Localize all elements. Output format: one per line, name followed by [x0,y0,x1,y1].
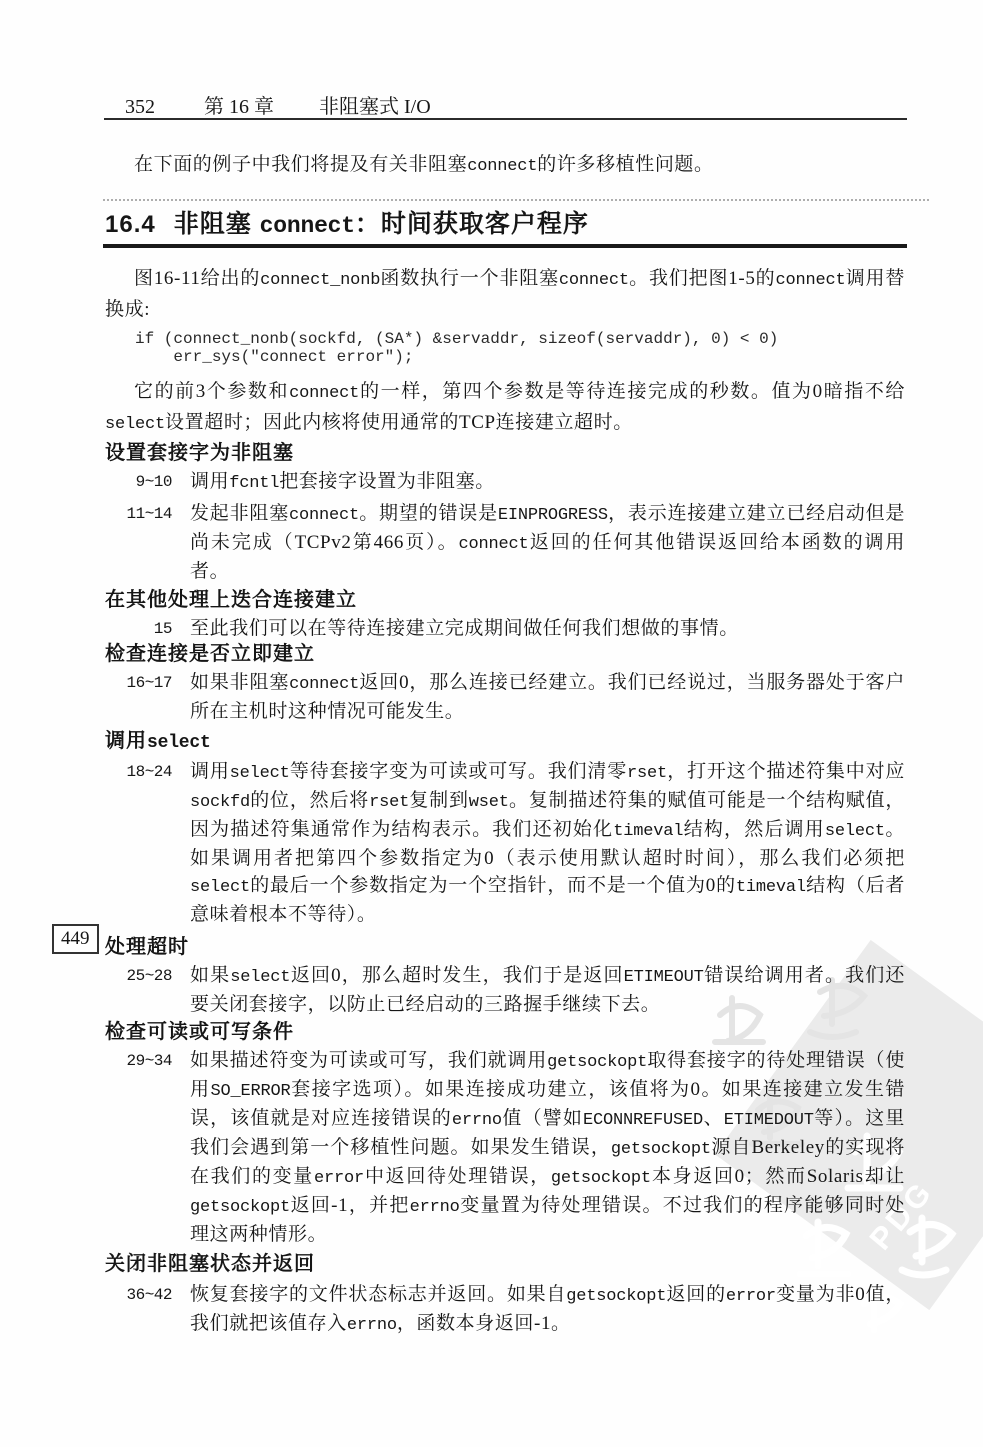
paragraph: 在下面的例子中我们将提及有关非阻塞connect的许多移植性问题。 [105,150,905,181]
text-run: 的位，然后将 [250,790,369,811]
inline-code: ECONNREFUSED [583,1111,703,1130]
text-run: 的一样，第四个参数是等待连接完成的秒数。值为0暗指不给 [359,381,905,402]
numbered-note: 29~34如果描述符变为可读或可写，我们就调用getsockopt取得套接字的待… [105,1047,905,1248]
text-run: 中返回待处理错误， [364,1166,551,1187]
text-run: 关闭非阻塞状态并返回 [105,1253,315,1275]
text-run: 在下面的例子中我们将提及有关非阻塞 [134,154,467,175]
inline-code: connect [559,271,629,290]
inline-code: wset [469,793,509,812]
text-run: 的最后一个参数指定为一个空指针，而不是一个值为0的 [250,875,736,896]
subheading: 设置套接字为非阻塞 [105,439,905,468]
note-text: 至此我们可以在等待连接建立完成期间做任何我们想做的事情。 [190,618,739,639]
subheading: 关闭非阻塞状态并返回 [105,1250,905,1279]
header-rule [104,118,907,120]
subheading: 检查连接是否立即建立 [105,640,905,669]
text-run: 调用 [105,730,147,752]
subheading: 检查可读或可写条件 [105,1018,905,1047]
line-range-label: 18~24 [117,759,172,786]
line-range-label: 9~10 [117,469,172,496]
note-text: 发起非阻塞connect。期望的错误是EINPROGRESS，表示连接建立建立已… [190,503,905,582]
text-run: 图16-11给出的 [134,268,260,289]
text-run: 返回的 [666,1284,726,1305]
text-run: 、 [703,1108,724,1129]
code-block: if (connect_nonb(sockfd, (SA*) &servaddr… [105,330,905,367]
text-run: 处理超时 [105,936,189,958]
inline-code: getsockopt [566,1287,666,1306]
text-run: 检查连接是否立即建立 [105,643,315,665]
inline-code: getsockopt [611,1140,711,1159]
text-run: 值（譬如 [502,1108,583,1129]
subheading: 在其他处理上迭合连接建立 [105,586,905,615]
paragraph: 它的前3个参数和connect的一样，第四个参数是等待连接完成的秒数。值为0暗指… [105,377,905,439]
note-text: 如果select返回0，那么超时发生，我们于是返回ETIMEOUT错误给调用者。… [190,965,905,1015]
inline-code: SO_ERROR [210,1082,290,1101]
inline-code: connect [775,271,845,290]
inline-code: rset [369,793,409,812]
inline-code: errno [410,1198,460,1217]
section-heading-row: 16.4非阻塞 connect：时间获取客户程序 [103,204,907,248]
text-run: 设置套接字为非阻塞 [105,442,294,464]
inline-code: connect [289,384,359,403]
inline-code: fcntl [229,474,279,493]
text-run: 恢复套接字的文件状态标志并返回。如果自 [190,1284,566,1305]
numbered-note: 25~28如果select返回0，那么超时发生，我们于是返回ETIMEOUT错误… [105,962,905,1018]
inline-code: rset [627,764,667,783]
inline-code: errno [452,1111,502,1130]
inline-code: select [230,764,290,783]
inline-code: sockfd [190,793,250,812]
inline-code: select [105,415,165,434]
inline-code: getsockopt [190,1198,290,1217]
subheading: 处理超时 [105,933,905,962]
note-text: 调用select等待套接字变为可读或可写。我们清零rset，打开这个描述符集中对… [190,761,905,925]
line-range-label: 25~28 [117,963,172,990]
text-run: 检查可读或可写条件 [105,1021,294,1043]
inline-code: select [147,733,211,753]
note-text: 恢复套接字的文件状态标志并返回。如果自getsockopt返回的error变量为… [190,1284,905,1334]
line-range-label: 29~34 [117,1048,172,1075]
line-range-label: 15 [117,616,172,643]
text-run: 如果描述符变为可读或可写，我们就调用 [190,1050,547,1071]
note-text: 调用fcntl把套接字设置为非阻塞。 [190,471,495,492]
inline-code: ETIMEDOUT [724,1111,814,1130]
text-run: 调用 [190,471,229,492]
text-run: 设置超时；因此内核将使用通常的TCP连接建立超时。 [165,412,633,433]
numbered-note: 18~24调用select等待套接字变为可读或可写。我们清零rset，打开这个描… [105,758,905,928]
inline-code: errno [347,1316,397,1335]
inline-code: connect [289,675,359,694]
text-run: 发起非阻塞 [190,503,289,524]
inline-code: connect_nonb [260,271,380,290]
subheading: 调用select [105,727,905,758]
text-run: 把套接字设置为非阻塞。 [279,471,495,492]
text-run: 等待套接字变为可读或可写。我们清零 [290,761,627,782]
inline-code: timeval [613,822,683,841]
text-run: 返回0，那么超时发生，我们于是返回 [290,965,623,986]
inline-code: select [190,878,250,897]
numbered-note: 15至此我们可以在等待连接建立完成期间做任何我们想做的事情。 [105,615,905,642]
text-run: ，打开这个描述符集中对应 [667,761,905,782]
line-range-label: 16~17 [117,670,172,697]
numbered-note: 11~14发起非阻塞connect。期望的错误是EINPROGRESS，表示连接… [105,500,905,585]
line-range-label: 36~42 [117,1282,172,1309]
note-text: 如果非阻塞connect返回0，那么连接已经建立。我们已经说过，当服务器处于客户… [190,672,905,722]
numbered-note: 16~17如果非阻塞connect返回0，那么连接已经建立。我们已经说过，当服务… [105,669,905,725]
inline-code: timeval [736,878,806,897]
text-run: 在其他处理上迭合连接建立 [105,589,357,611]
inline-code: connect [459,535,529,554]
text-run: 复制到 [409,790,469,811]
inline-code: EINPROGRESS [498,506,608,525]
page-number: 352 [125,96,155,119]
paragraph: 图16-11给出的connect_nonb函数执行一个非阻塞connect。我们… [105,264,905,324]
text-run: 的许多移植性问题。 [537,154,713,175]
text-run: 本身返回0；然而Solaris却让 [651,1166,905,1187]
text-column: 在下面的例子中我们将提及有关非阻塞connect的许多移植性问题。16.4非阻塞… [105,143,905,1339]
inline-code: select [230,968,290,987]
inline-code: error [314,1169,364,1188]
inline-code: error [726,1287,776,1306]
text-run: 返回-1，并把 [290,1195,410,1216]
note-text: 如果描述符变为可读或可写，我们就调用getsockopt取得套接字的待处理错误（… [190,1050,905,1245]
inline-code: getsockopt [551,1169,651,1188]
text-run: 调用 [190,761,230,782]
section-heading: 16.4非阻塞 connect：时间获取客户程序 [103,199,929,248]
margin-page-ref: 449 [52,924,99,954]
text-run: 非阻塞 [174,210,260,238]
chapter-title: 非阻塞式 I/O [319,90,431,119]
text-run: 它的前3个参数和 [134,381,289,402]
running-header: 352 第 16 章 非阻塞式 I/O [125,90,431,119]
text-run: 。期望的错误是 [359,503,498,524]
inline-code: ETIMEOUT [624,968,704,987]
text-run: 如果非阻塞 [190,672,289,693]
inline-code: connect [260,213,355,239]
text-run: 至此我们可以在等待连接建立完成期间做任何我们想做的事情。 [190,618,739,639]
inline-code: connect [289,506,359,525]
numbered-note: 36~42恢复套接字的文件状态标志并返回。如果自getsockopt返回的err… [105,1281,905,1339]
text-run: ，函数本身返回-1。 [397,1313,571,1334]
section-number: 16.4 [105,211,156,239]
text-run: ：时间获取客户程序 [355,210,589,238]
text-run: 结构，然后调用 [683,819,825,840]
text-run: 如果 [190,965,230,986]
line-range-label: 11~14 [117,501,172,528]
chapter-label: 第 16 章 [204,90,274,119]
numbered-note: 9~10调用fcntl把套接字设置为非阻塞。 [105,468,905,497]
book-page: PDG 352 第 16 章 非阻塞式 I/O 449 在下面的例子中我们将提及… [0,0,983,1447]
inline-code: select [825,822,885,841]
text-run: 函数执行一个非阻塞 [380,268,559,289]
text-run: 。我们把图1-5的 [629,268,776,289]
inline-code: connect [467,157,537,176]
inline-code: getsockopt [547,1053,647,1072]
section-title: 非阻塞 connect：时间获取客户程序 [174,204,589,240]
